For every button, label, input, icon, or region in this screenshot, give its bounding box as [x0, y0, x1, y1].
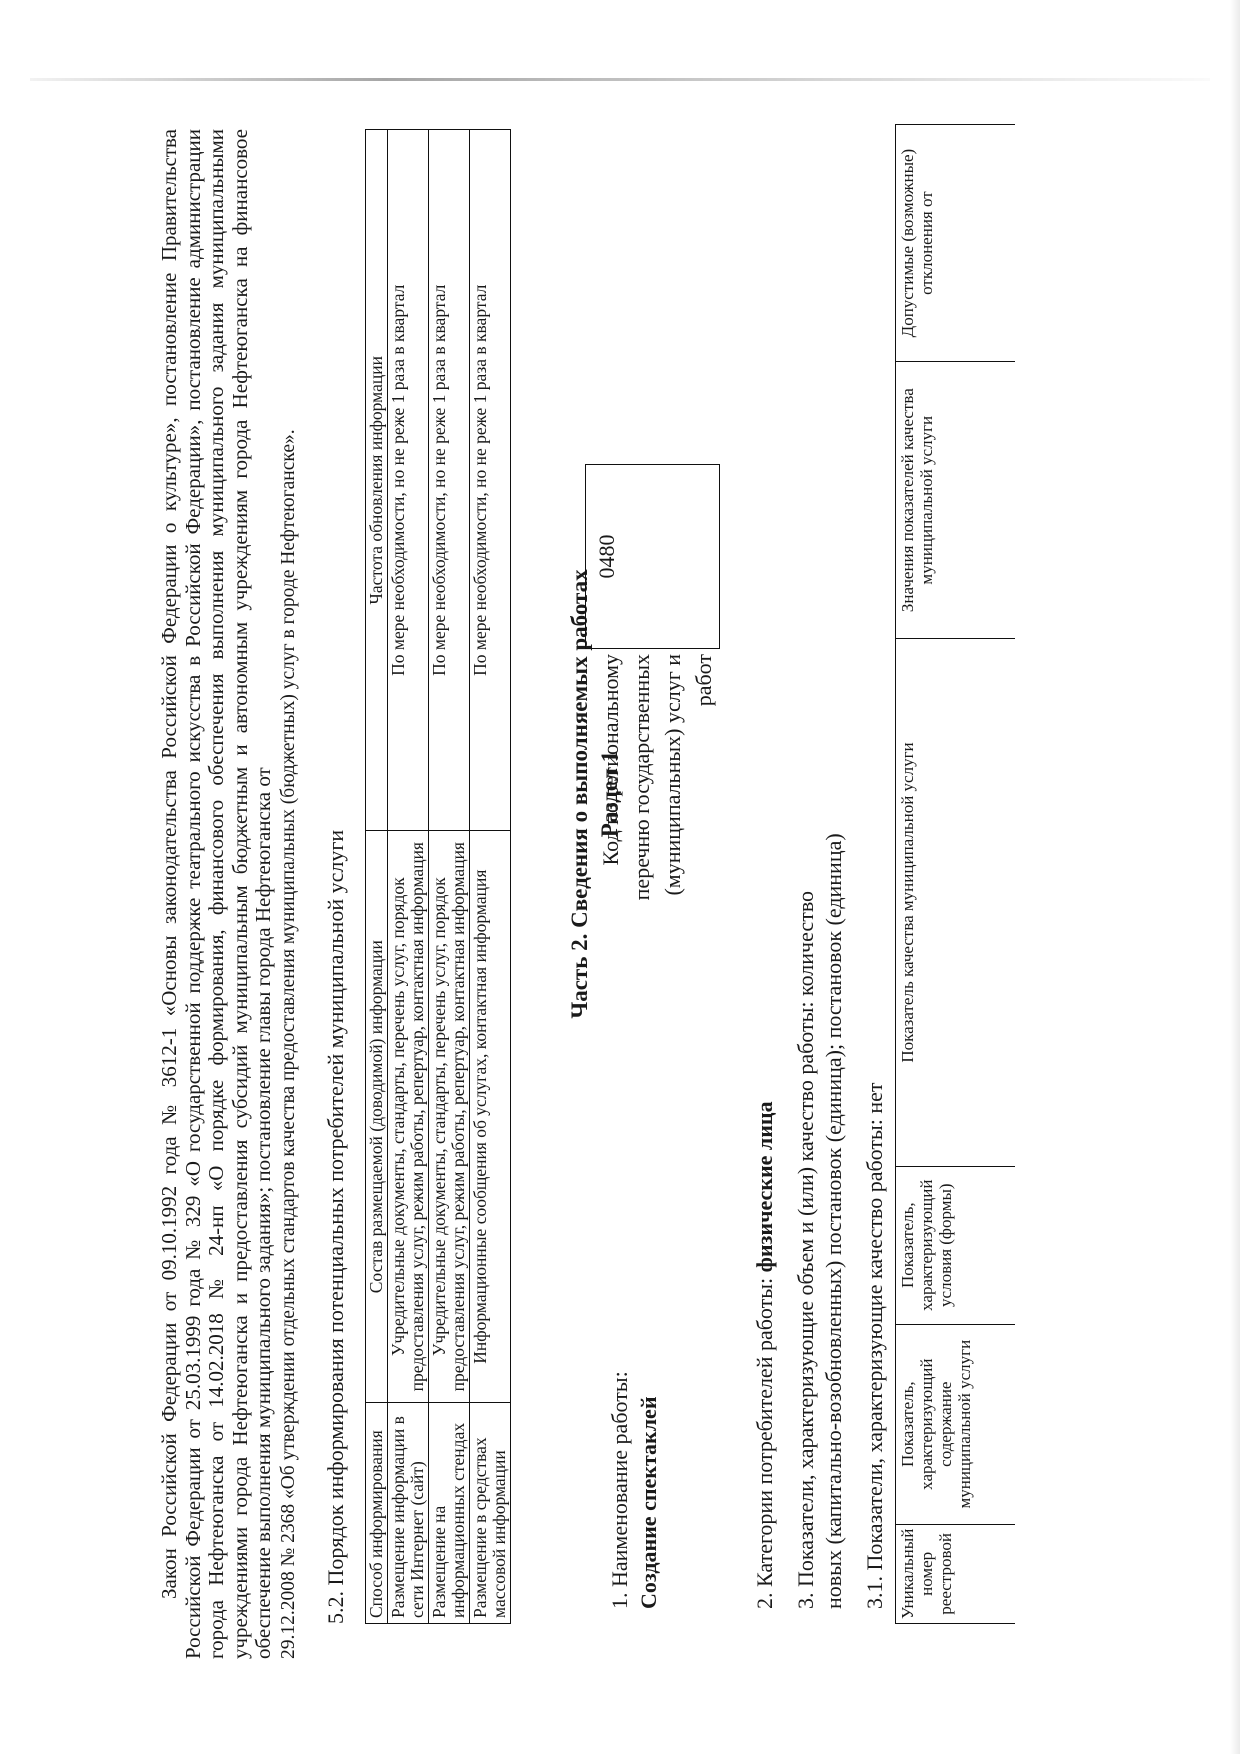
quality-table: Уникальный номер реестровой Показатель, … [895, 124, 1015, 1624]
consumer-category-label: 2. Категории потребителей работы: [752, 1278, 777, 1609]
volume-quality-indicators: 3. Показатели, характеризующие объем и (… [792, 829, 848, 1609]
consumer-category-value: физические лица [752, 1101, 777, 1272]
rotated-page-content: Закон Российской Федерации от 09.10.1992… [0, 0, 1240, 1754]
table-cell: По мере необходимости, но не реже 1 раза… [470, 130, 511, 831]
legal-basis-paragraph: Закон Российской Федерации от 09.10.1992… [158, 129, 300, 1659]
table-cell: По мере необходимости, но не реже 1 раза… [388, 130, 429, 831]
table-cell: Информационные сообщения об услугах, кон… [470, 831, 511, 1402]
regional-code-box: 0480 [585, 464, 720, 649]
work-name-block: 1. Наименование работы: Создание спектак… [605, 1371, 663, 1609]
column-header: Значения показателей качества муниципаль… [896, 362, 1016, 639]
work-name-label: 1. Наименование работы: [605, 1371, 634, 1609]
table-cell: Учредительные документы, стандарты, пере… [388, 831, 429, 1402]
table-cell: Учредительные документы, стандарты, пере… [429, 831, 470, 1402]
informing-table: Способ информирования Состав размещаемой… [365, 129, 511, 1624]
table-header-row: Способ информирования Состав размещаемой… [366, 130, 388, 1624]
work-name-value: Создание спектаклей [634, 1371, 663, 1609]
regional-code-label: Код по региональному перечню государстве… [595, 654, 719, 904]
paragraph-line: Закон Российской Федерации от 09.10.1992… [157, 273, 181, 1599]
column-header: Показатель, характеризующий условия (фор… [896, 1166, 1016, 1324]
column-header: Частота обновления информации [366, 130, 388, 831]
section-5-2-heading: 5.2. Порядок информирования потенциальны… [323, 830, 349, 1624]
column-header: Допустимые (возможные) отклонения от [896, 125, 1016, 362]
column-header: Способ информирования [366, 1402, 388, 1623]
column-header: Уникальный номер реестровой [896, 1524, 1016, 1623]
table-row: Размещение информации в сети Интернет (с… [388, 130, 429, 1624]
table-cell: Размещение на информационных стендах [429, 1402, 470, 1623]
table-row: Размещение в средствах массовой информац… [470, 130, 511, 1624]
table-cell: Размещение в средствах массовой информац… [470, 1402, 511, 1623]
table-header-row: Уникальный номер реестровой Показатель, … [896, 125, 1016, 1624]
quality-indicators-note: 3.1. Показатели, характеризующие качеств… [862, 1082, 888, 1609]
column-header: Состав размещаемой (доводимой) информаци… [366, 831, 388, 1402]
table-cell: Размещение информации в сети Интернет (с… [388, 1402, 429, 1623]
quality-table-wrap: Уникальный номер реестровой Показатель, … [895, 124, 1015, 1624]
table-cell: По мере необходимости, но не реже 1 раза… [429, 130, 470, 831]
column-header: Показатель, характеризующий содержание м… [896, 1324, 1016, 1524]
table-row: Размещение на информационных стендах Учр… [429, 130, 470, 1624]
consumer-category: 2. Категории потребителей работы: физиче… [752, 1101, 778, 1609]
column-header: Показатель качества муниципальной услуги [896, 639, 1016, 1167]
paragraph-line: 29.12.2008 № 2368 «Об утверждении отдель… [278, 429, 299, 1659]
